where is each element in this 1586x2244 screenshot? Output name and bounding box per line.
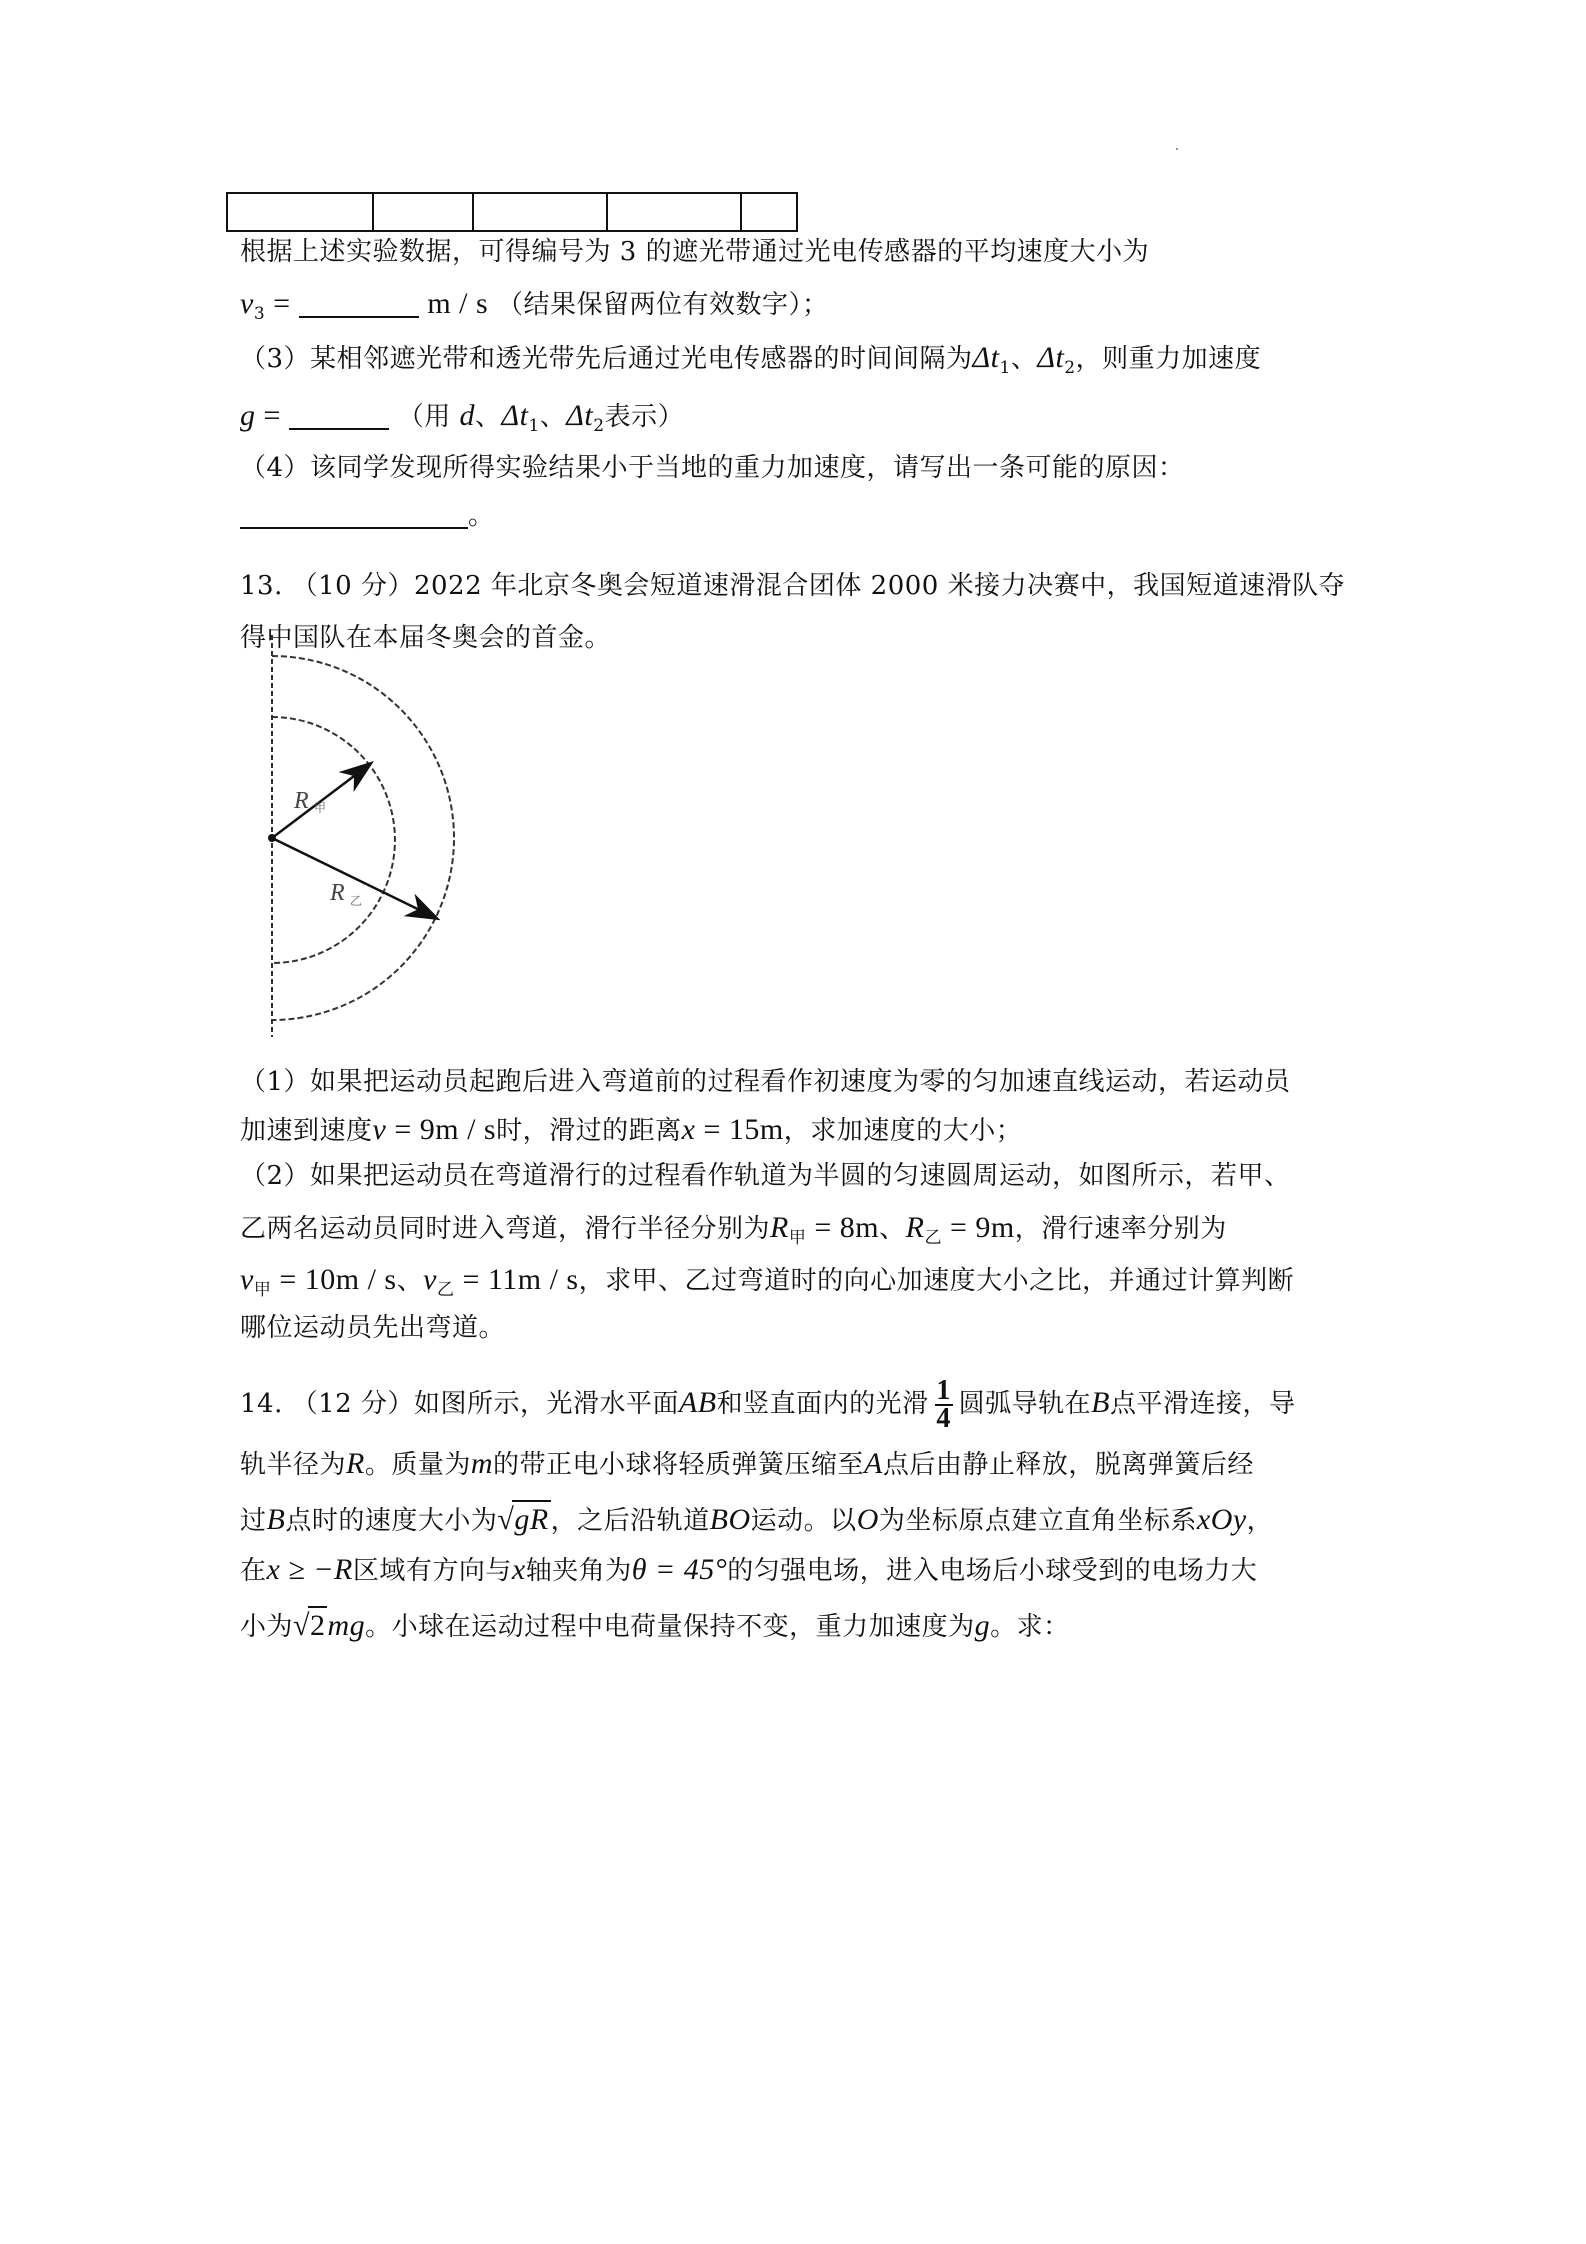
scan-speck — [1176, 148, 1178, 150]
q12-part3: （3）某相邻遮光带和透光带先后通过光电传感器的时间间隔为Δt1、Δt2，则重力加… — [240, 340, 1261, 386]
exam-page: 根据上述实验数据，可得编号为 3 的遮光带通过光电传感器的平均速度大小为 v3 … — [0, 0, 1586, 2244]
q14-line5: 小为√2mg。小球在运动过程中电荷量保持不变，重力加速度为g。求： — [240, 1606, 1070, 1645]
q12-part4: （4）该同学发现所得实验结果小于当地的重力加速度，请写出一条可能的原因： — [240, 450, 1185, 486]
q13-part2: （2）如果把运动员在弯道滑行的过程看作轨道为半圆的匀速圆周运动，如图所示，若甲、 — [240, 1158, 1291, 1194]
q12-v3-line: v3 = m / s （结果保留两位有效数字）； — [240, 286, 828, 332]
table-cell — [608, 194, 742, 230]
q14-line4: 在x ≥ −R区域有方向与x轴夹角为θ = 45°的匀强电场，进入电场后小球受到… — [240, 1552, 1257, 1589]
track-semicircle-figure: R 甲 R 乙 — [240, 630, 490, 1050]
q14-line1: 14. （12 分）如图所示，光滑水平面AB和竖直面内的光滑14圆弧导轨在B点平… — [240, 1378, 1296, 1432]
q13-part1: （1）如果把运动员起跑后进入弯道前的过程看作初速度为零的匀加速直线运动，若运动员 — [240, 1064, 1291, 1100]
table-cell — [474, 194, 608, 230]
svg-text:乙: 乙 — [350, 894, 362, 908]
q13-part2-cont: 乙两名运动员同时进入弯道，滑行半径分别为R甲 = 8m、R乙 = 9m，滑行速率… — [240, 1210, 1227, 1256]
table-cell — [742, 194, 796, 230]
answer-blank-g[interactable] — [289, 406, 389, 430]
svg-text:甲: 甲 — [314, 801, 326, 815]
q12-part4-answer: 。 — [240, 498, 495, 534]
answer-blank-v3[interactable] — [299, 294, 419, 318]
table-cell — [228, 194, 374, 230]
q13-part2-cont3: 哪位运动员先出弯道。 — [240, 1310, 505, 1346]
q12-g-line: g = （用 d、Δt1、Δt2表示） — [240, 398, 684, 444]
fraction-one-quarter: 14 — [935, 1378, 953, 1432]
q13-heading: 13. （10 分）2022 年北京冬奥会短道速滑混合团体 2000 米接力决赛… — [240, 568, 1345, 604]
svg-text:R: R — [329, 880, 345, 906]
answer-blank-reason[interactable] — [240, 505, 468, 529]
q13-part1-cont: 加速到速度v = 9m / s时，滑过的距离x = 15m，求加速度的大小； — [240, 1112, 1022, 1149]
data-table-row — [226, 192, 798, 232]
q12-text: 根据上述实验数据，可得编号为 3 的遮光带通过光电传感器的平均速度大小为 — [240, 234, 1149, 270]
q13-part2-cont2: v甲 = 10m / s、v乙 = 11m / s，求甲、乙过弯道时的向心加速度… — [240, 1262, 1294, 1308]
table-cell — [374, 194, 474, 230]
q14-line3: 过B点时的速度大小为√gR，之后沿轨道BO运动。以O为坐标原点建立直角坐标系xO… — [240, 1500, 1273, 1539]
svg-text:R: R — [293, 788, 309, 814]
q14-line2: 轨半径为R。质量为m的带正电小球将轻质弹簧压缩至A点后由静止释放，脱离弹簧后经 — [240, 1446, 1254, 1483]
